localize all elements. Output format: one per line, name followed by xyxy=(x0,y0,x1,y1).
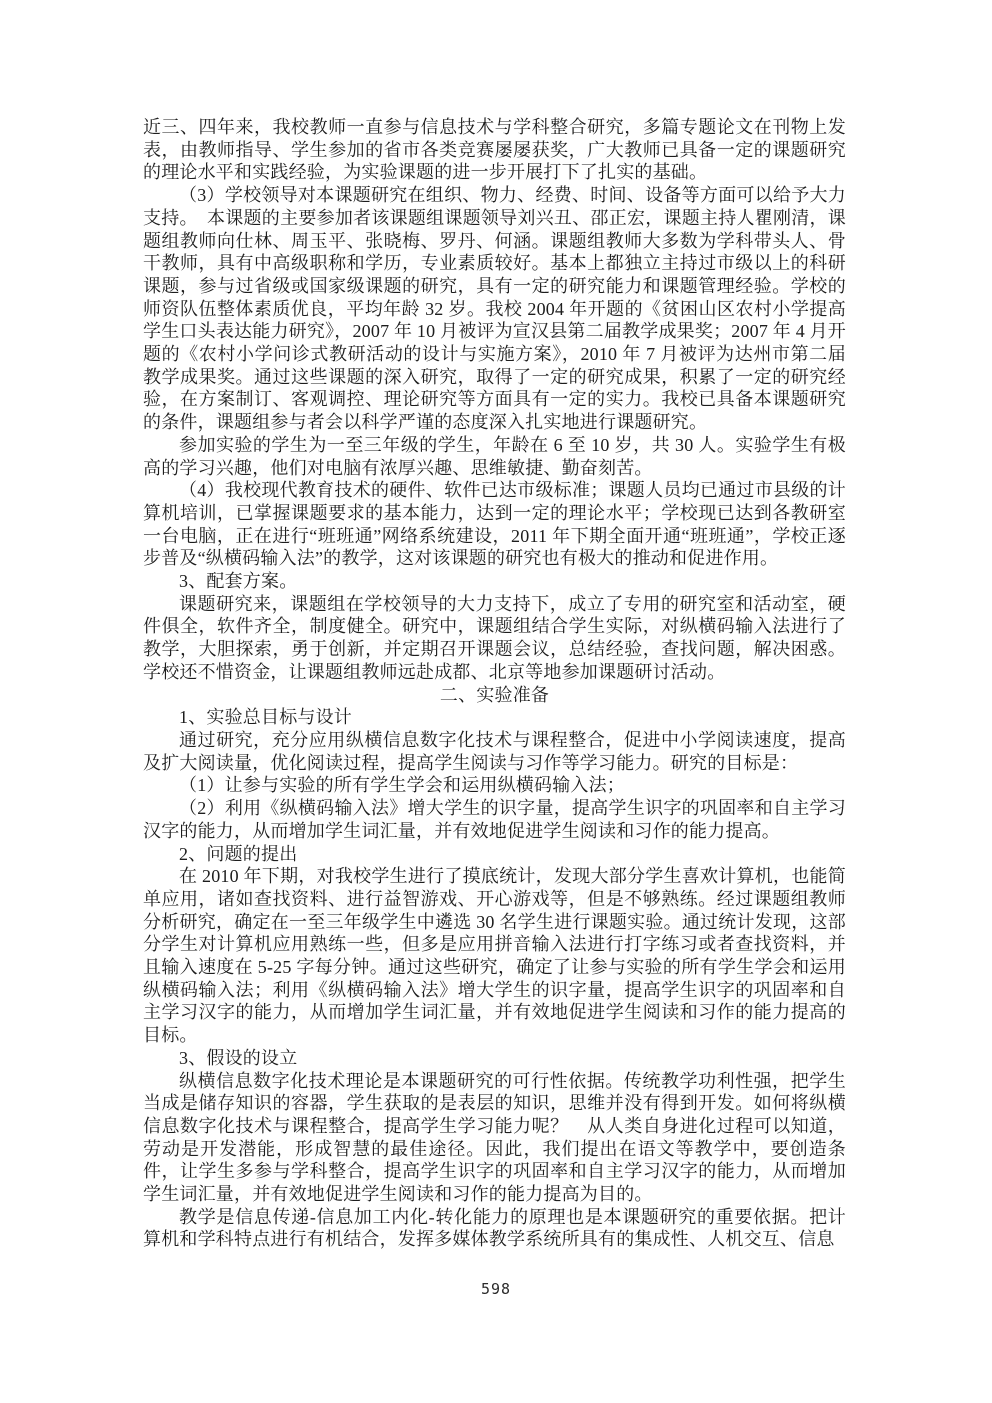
paragraph: （1）让参与实验的所有学生学会和运用纵横码输入法； xyxy=(143,774,846,797)
paragraph: 参加实验的学生为一至三年级的学生，年龄在 6 至 10 岁，共 30 人。实验学… xyxy=(143,434,846,479)
paragraph: 教学是信息传递-信息加工内化-转化能力的原理也是本课题研究的重要依据。把计算机和… xyxy=(143,1206,846,1251)
paragraph: 纵横信息数字化技术理论是本课题研究的可行性依据。传统教学功利性强，把学生当成是储… xyxy=(143,1070,846,1206)
page-content: 近三、四年来，我校教师一直参与信息技术与学科整合研究，多篇专题论文在刊物上发表，… xyxy=(143,116,846,1251)
paragraph: （3）学校领导对本课题研究在组织、物力、经费、时间、设备等方面可以给予大力支持。… xyxy=(143,184,846,434)
paragraph: 3、假设的设立 xyxy=(143,1047,846,1070)
paragraph: 课题研究来，课题组在学校领导的大力支持下，成立了专用的研究室和活动室，硬件俱全，… xyxy=(143,593,846,684)
paragraph: 近三、四年来，我校教师一直参与信息技术与学科整合研究，多篇专题论文在刊物上发表，… xyxy=(143,116,846,184)
page-number: 598 xyxy=(0,1280,992,1298)
paragraph: 2、问题的提出 xyxy=(143,843,846,866)
paragraph: 通过研究，充分应用纵横信息数字化技术与课程整合，促进中小学阅读速度，提高及扩大阅… xyxy=(143,729,846,774)
paragraph: 在 2010 年下期，对我校学生进行了摸底统计，发现大部分学生喜欢计算机，也能简… xyxy=(143,865,846,1047)
section-heading: 二、实验准备 xyxy=(143,684,846,707)
paragraph: （4）我校现代教育技术的硬件、软件已达市级标准；课题人员均已通过市县级的计算机培… xyxy=(143,479,846,570)
paragraph: 3、配套方案。 xyxy=(143,570,846,593)
document-page: 近三、四年来，我校教师一直参与信息技术与学科整合研究，多篇专题论文在刊物上发表，… xyxy=(0,0,992,1403)
paragraph: 1、实验总目标与设计 xyxy=(143,706,846,729)
paragraph: （2）利用《纵横码输入法》增大学生的识字量，提高学生识字的巩固率和自主学习汉字的… xyxy=(143,797,846,842)
